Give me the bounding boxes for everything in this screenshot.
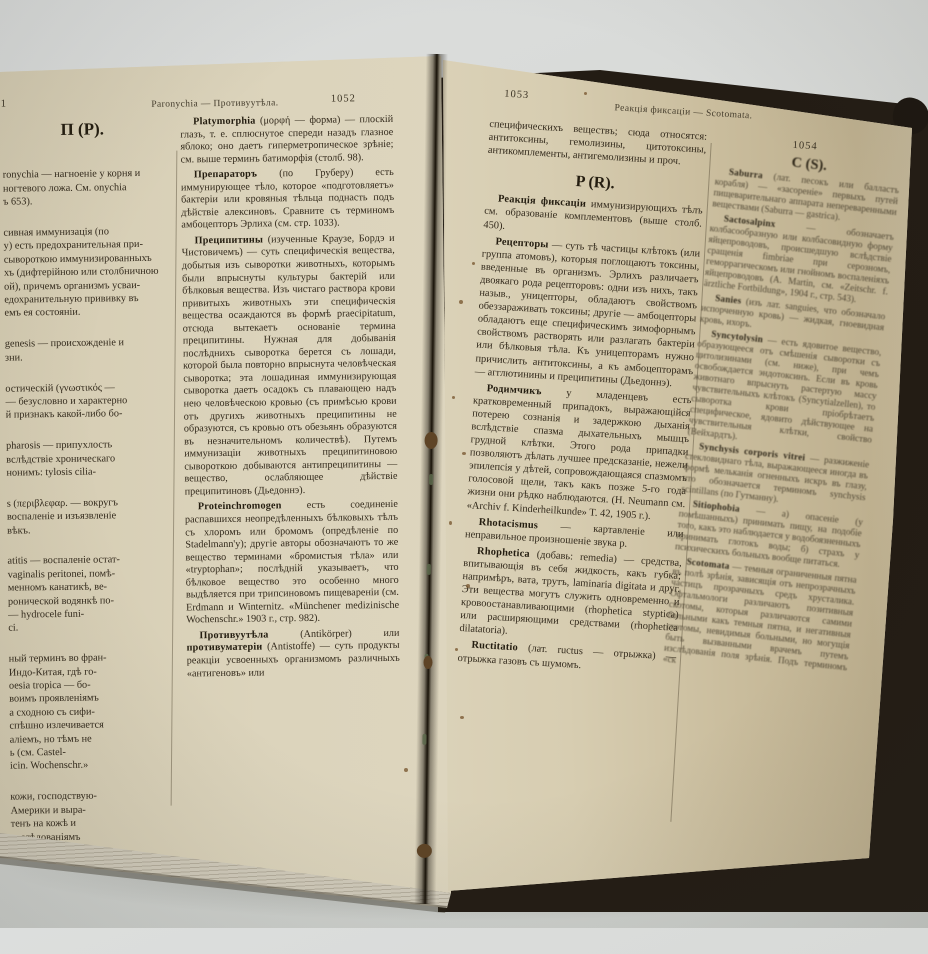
entry-fragment: остическій (γνωστικός — — безусловно и х… xyxy=(5,380,166,422)
dictionary-entry: Platymorphia (μορφή — форма) — плоскій г… xyxy=(180,114,394,167)
stitch-thread xyxy=(422,734,426,745)
entry-term: Rhophetica xyxy=(477,546,530,560)
stitch-thread xyxy=(429,474,433,485)
dictionary-entry: Rhophetica (добавь: remedia) — средства,… xyxy=(459,544,682,648)
dictionary-entry: Syncytolysin — есть ядовитое вещество, о… xyxy=(687,327,882,456)
column-number-1053: 1053 xyxy=(504,89,530,101)
entry-text: — есть ядовитое вещество, образующееся о… xyxy=(687,334,882,444)
dictionary-entry: Преципитины (изученные Краузе, Бордэ и Ч… xyxy=(182,233,398,499)
entry-text: (Antikörper) или xyxy=(268,628,399,641)
foxing-spot xyxy=(452,396,455,399)
entry-fragment: pharosis — припухлость вслѣдствіе хронич… xyxy=(6,438,167,480)
dictionary-entry: Рецепторы — суть тѣ частицы клѣтокъ (или… xyxy=(474,234,700,391)
continuation-paragraph: специфическихъ веществъ; сюда относятся:… xyxy=(487,118,707,170)
section-heading-r: P (R). xyxy=(486,170,704,196)
entry-term: противуматеріи xyxy=(187,642,263,654)
entry-text: — суть тѣ частицы клѣтокъ (или группа ат… xyxy=(474,239,700,388)
entry-term: Препараторъ xyxy=(194,169,257,181)
dictionary-entry: Scotomata — темныя ограниченныя пятна въ… xyxy=(662,555,857,684)
entry-text: — темныя ограниченныя пятна въ полѣ зрѣн… xyxy=(663,561,858,672)
foxing-spot xyxy=(449,521,452,525)
entry-fragment: s (περιβλεφαρ. — вокругъ воспаленіе и из… xyxy=(7,495,168,537)
foxing-spot xyxy=(459,300,463,304)
column-number-1052: 1052 xyxy=(331,93,356,104)
entry-text: есть соединеніе распавшихся неопредѣленн… xyxy=(185,499,399,626)
entry-text: (изученные Краузе, Бордэ и Чистовичемъ) … xyxy=(182,233,398,498)
foxing-spot xyxy=(455,648,458,651)
entry-fragment: сивная иммунизація (по у) есть предохран… xyxy=(3,225,165,321)
gutter-stain xyxy=(424,432,437,449)
foxing-spot xyxy=(404,768,408,772)
column-1051-text: ronychia — нагноеніе у корня и ногтевого… xyxy=(3,154,173,916)
entry-fragment: ronychia — нагноеніе у корня и ногтевого… xyxy=(3,167,164,209)
entry-text: у младенцевъ есть кратковременный припад… xyxy=(466,386,691,522)
foxing-spot xyxy=(584,92,587,95)
foxing-spot xyxy=(472,262,475,265)
entry-fragment: ный терминъ во фран- Индо-Китая, гдѣ го-… xyxy=(9,651,171,774)
entry-term: Противуутѣла xyxy=(199,629,268,641)
column-divider xyxy=(171,151,178,806)
dictionary-entry: Противуутѣла (Antikörper) или противумат… xyxy=(186,628,400,681)
gutter-stain xyxy=(417,844,432,858)
entry-text: (добавь: remedia) — средства, впитывающі… xyxy=(459,549,682,637)
stitch-thread xyxy=(427,564,431,575)
section-heading-p: П (P). xyxy=(12,119,152,141)
column-1052-text: Platymorphia (μορφή — форма) — плоскій г… xyxy=(180,114,400,684)
gutter-stain xyxy=(423,656,432,669)
entry-term: Ructitatio xyxy=(471,640,518,654)
column-number-1054: 1054 xyxy=(792,140,818,152)
dictionary-entry: Родимчикъ у младенцевъ есть кратковремен… xyxy=(466,381,691,525)
book-photo: 1051 Paronychia — Противуутѣла. 1052 П (… xyxy=(0,0,928,928)
foxing-spot xyxy=(460,716,464,719)
dictionary-entry: Proteinchromogen есть соединеніе распавш… xyxy=(185,499,400,627)
entry-term: Rhotacismus xyxy=(478,517,538,532)
entry-term: Преципитины xyxy=(195,234,264,246)
entry-text: — обозначаетъ колбасообразную или колбас… xyxy=(703,219,894,304)
entry-term: Platymorphia xyxy=(193,116,256,128)
entry-fragment: atitis — воспаленіе остат- vaginalis per… xyxy=(7,553,169,635)
running-head-left: Paronychia — Противуутѣла. xyxy=(100,98,330,111)
column-number-1051-partial: 1051 xyxy=(0,99,7,110)
foxing-spot xyxy=(466,584,470,588)
dictionary-entry: Препараторъ (по Груберу) есть иммунирующ… xyxy=(181,167,395,232)
foxing-spot xyxy=(462,452,466,455)
entry-term: Родимчикъ xyxy=(486,383,542,397)
entry-term: Proteinchromogen xyxy=(198,501,282,513)
entry-term: Рецепторы xyxy=(495,236,549,250)
entry-fragment: genesis — происхожденіе и зни. xyxy=(5,336,166,365)
